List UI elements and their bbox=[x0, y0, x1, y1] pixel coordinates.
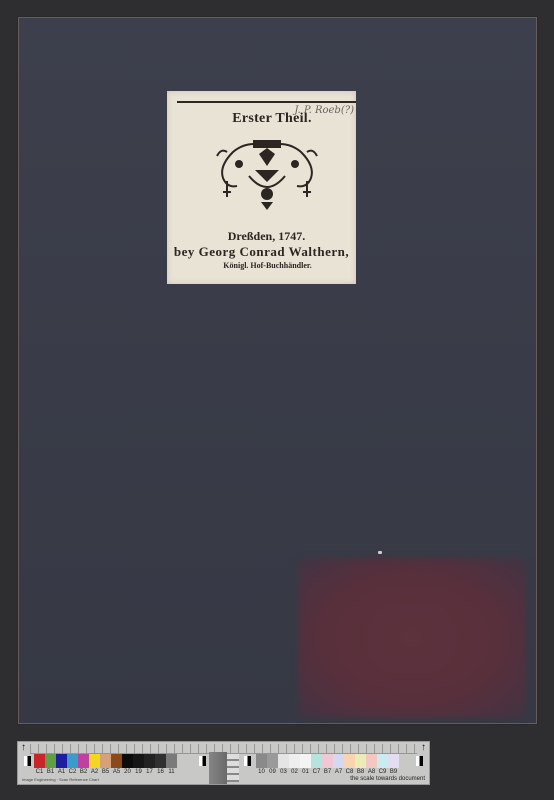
color-patch bbox=[344, 754, 355, 768]
patch-label: B8 bbox=[355, 769, 366, 775]
patch-label: B7 bbox=[322, 769, 333, 775]
fine-print: Image Engineering · Scan Reference Chart bbox=[22, 777, 99, 782]
color-patch bbox=[322, 754, 333, 768]
patch-label: 03 bbox=[278, 769, 289, 775]
color-patch bbox=[34, 754, 45, 768]
patch-label: A8 bbox=[366, 769, 377, 775]
color-patch bbox=[67, 754, 78, 768]
patch-label: C8 bbox=[344, 769, 355, 775]
left-patch-labels: C1B1A1C2B2A2B5A52019171611 bbox=[34, 769, 177, 775]
color-patch bbox=[166, 754, 177, 768]
publisher-role: Königl. Hof-Buchhändler. bbox=[167, 261, 356, 270]
color-patch bbox=[122, 754, 133, 768]
color-patch bbox=[133, 754, 144, 768]
patch-label: C7 bbox=[311, 769, 322, 775]
patch-label: 20 bbox=[122, 769, 133, 775]
color-patch bbox=[300, 754, 311, 768]
patch-label: A1 bbox=[56, 769, 67, 775]
title-page-slip: Erster Theil. J. P. Roeb(?) Dreßden, 174… bbox=[167, 91, 356, 284]
color-patch bbox=[56, 754, 67, 768]
color-patch bbox=[377, 754, 388, 768]
white-black-patch bbox=[416, 756, 423, 766]
mini-labels bbox=[227, 754, 239, 782]
patch-label: B2 bbox=[78, 769, 89, 775]
color-patch bbox=[155, 754, 166, 768]
top-rule bbox=[177, 101, 356, 103]
color-patch bbox=[89, 754, 100, 768]
patch-label: C1 bbox=[34, 769, 45, 775]
arrow-up-icon: ↑ bbox=[421, 743, 426, 753]
patch-label: A2 bbox=[89, 769, 100, 775]
color-patch bbox=[388, 754, 399, 768]
color-patch bbox=[311, 754, 322, 768]
color-patch bbox=[111, 754, 122, 768]
color-patch bbox=[100, 754, 111, 768]
patch-label: 02 bbox=[289, 769, 300, 775]
patch-label: C9 bbox=[377, 769, 388, 775]
white-black-patch bbox=[199, 756, 206, 766]
patch-label: C2 bbox=[67, 769, 78, 775]
patch-label: 01 bbox=[300, 769, 311, 775]
patch-label: 17 bbox=[144, 769, 155, 775]
patch-label: A5 bbox=[111, 769, 122, 775]
color-patch bbox=[144, 754, 155, 768]
color-calibration-target: ↑ ↑ C1B1A1C2B2A2B5A52019171611 100903020… bbox=[17, 741, 430, 785]
left-color-patches bbox=[34, 754, 177, 768]
patch-label: 16 bbox=[155, 769, 166, 775]
handwritten-note: J. P. Roeb(?) bbox=[294, 105, 354, 116]
speck bbox=[378, 551, 382, 554]
patch-label: A7 bbox=[333, 769, 344, 775]
color-patch bbox=[78, 754, 89, 768]
gray-block bbox=[209, 752, 227, 784]
patch-label: 19 bbox=[133, 769, 144, 775]
red-stain bbox=[298, 558, 526, 718]
color-patch bbox=[278, 754, 289, 768]
color-patch bbox=[355, 754, 366, 768]
color-patch bbox=[366, 754, 377, 768]
right-patch-labels: 1009030201C7B7A7C8B8A8C9B9 bbox=[256, 769, 399, 775]
patch-label: 11 bbox=[166, 769, 177, 775]
color-patch bbox=[333, 754, 344, 768]
white-black-patch bbox=[24, 756, 31, 766]
patch-label: 09 bbox=[267, 769, 278, 775]
color-patch bbox=[267, 754, 278, 768]
place-date: Dreßden, 1747. bbox=[167, 229, 356, 244]
ornament-icon bbox=[209, 136, 325, 211]
color-patch bbox=[256, 754, 267, 768]
arrow-up-icon: ↑ bbox=[21, 743, 26, 753]
color-patch bbox=[45, 754, 56, 768]
patch-label: B1 bbox=[45, 769, 56, 775]
patch-label: B9 bbox=[388, 769, 399, 775]
scale-note: the scale towards document bbox=[350, 776, 425, 782]
publisher: bey Georg Conrad Walthern, bbox=[167, 244, 356, 260]
color-patch bbox=[289, 754, 300, 768]
right-color-patches bbox=[256, 754, 399, 768]
patch-label: B5 bbox=[100, 769, 111, 775]
white-black-patch bbox=[244, 756, 251, 766]
patch-label: 10 bbox=[256, 769, 267, 775]
